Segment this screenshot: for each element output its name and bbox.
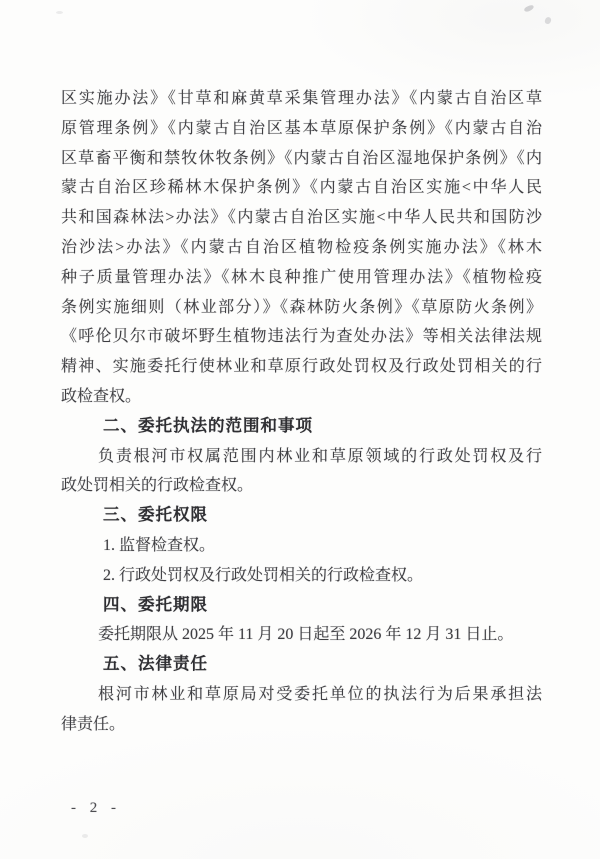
scan-speck: [523, 4, 534, 12]
list-item: 2. 行政处罚权及行政处罚相关的行政检查权。: [61, 561, 542, 591]
body-line: 条例实施细则（林业部分）》《森林防火条例》《草原防火条例》: [61, 293, 542, 323]
section-heading: 二、委托执法的范围和事项: [61, 412, 542, 442]
body-line: 政检查权。: [61, 382, 542, 412]
body-line: 精神、实施委托行使林业和草原行政处罚权及行政处罚相关的行: [61, 352, 542, 382]
body-line: 委托期限从 2025 年 11 月 20 日起至 2026 年 12 月 31 …: [61, 620, 542, 650]
body-line: 原管理条例》《内蒙古自治区基本草原保护条例》《内蒙古自治: [61, 114, 542, 144]
scanned-document-page: 区实施办法》《甘草和麻黄草采集管理办法》《内蒙古自治区草原管理条例》《内蒙古自治…: [0, 0, 600, 859]
scan-speck: [544, 16, 552, 24]
body-line: 蒙古自治区珍稀林木保护条例》《内蒙古自治区实施<中华人民: [61, 173, 542, 203]
body-line: 共和国森林法>办法》《内蒙古自治区实施<中华人民共和国防沙: [61, 203, 542, 233]
body-line: 区实施办法》《甘草和麻黄草采集管理办法》《内蒙古自治区草: [61, 84, 542, 114]
scan-speck: [82, 834, 88, 838]
body-line: 种子质量管理办法》《林木良种推广使用管理办法》《植物检疫: [61, 263, 542, 293]
section-heading: 三、委托权限: [61, 501, 542, 531]
body-line: 负责根河市权属范围内林业和草原领域的行政处罚权及行: [61, 442, 542, 472]
page-number: - 2 -: [71, 800, 121, 817]
body-line: 区草畜平衡和禁牧休牧条例》《内蒙古自治区湿地保护条例》《内: [61, 144, 542, 174]
body-line: 律责任。: [61, 710, 542, 740]
scan-speck: [56, 11, 63, 14]
body-line: 根河市林业和草原局对受委托单位的执法行为后果承担法: [61, 680, 542, 710]
body-line: 治沙法>办法》《内蒙古自治区植物检疫条例实施办法》《林木: [61, 233, 542, 263]
section-heading: 五、法律责任: [61, 650, 542, 680]
body-line: 政处罚相关的行政检查权。: [61, 471, 542, 501]
document-body: 区实施办法》《甘草和麻黄草采集管理办法》《内蒙古自治区草原管理条例》《内蒙古自治…: [61, 84, 542, 740]
body-line: 《呼伦贝尔市破坏野生植物违法行为查处办法》等相关法律法规: [61, 322, 542, 352]
list-item: 1. 监督检查权。: [61, 531, 542, 561]
section-heading: 四、委托期限: [61, 591, 542, 621]
